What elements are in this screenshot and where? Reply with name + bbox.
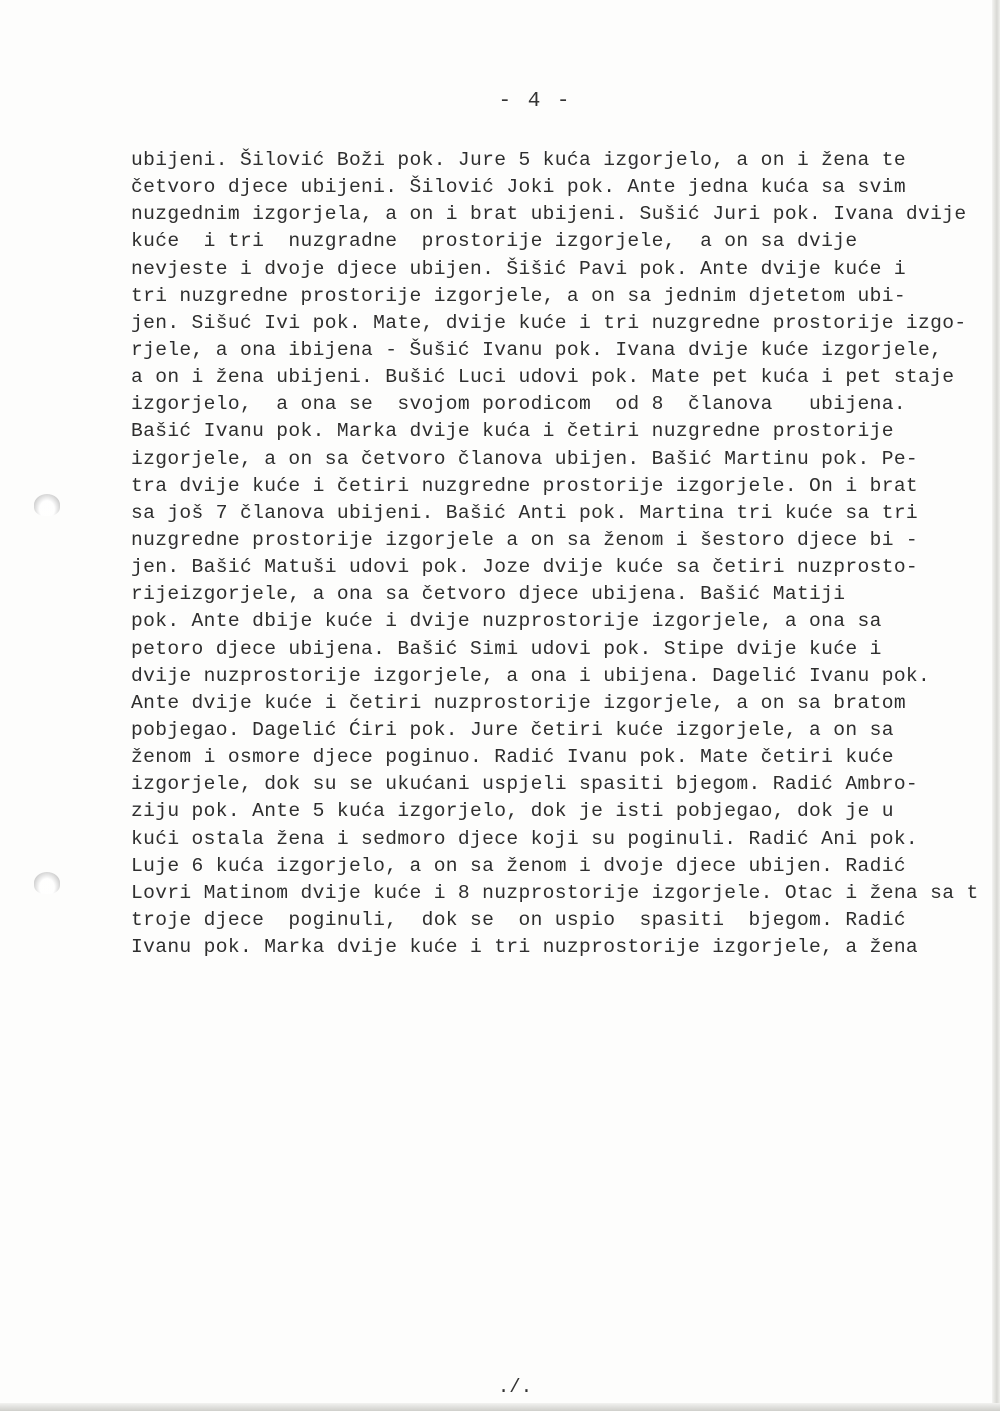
text-line: petoro djece ubijena. Bašić Simi udovi p… [131, 636, 1000, 663]
text-line: jen. Bašić Matuši udovi pok. Joze dvije … [131, 554, 1000, 581]
text-line: tra dvije kuće i četiri nuzgredne prosto… [131, 473, 1000, 500]
text-line: ubijeni. Šilović Boži pok. Jure 5 kuća i… [131, 147, 1000, 174]
text-line: a on i žena ubijeni. Bušić Luci udovi po… [131, 364, 1000, 391]
continuation-mark: ./. [0, 1376, 1000, 1398]
text-line: Bašić Ivanu pok. Marka dvije kuća i četi… [131, 418, 1000, 445]
text-line: četvoro djece ubijeni. Šilović Joki pok.… [131, 174, 1000, 201]
text-line: izgorjelo, a ona se svojom porodicom od … [131, 391, 1000, 418]
text-line: rjele, a ona ibijena - Šušić Ivanu pok. … [131, 337, 1000, 364]
text-line: ženom i osmore djece poginuo. Radić Ivan… [131, 744, 1000, 771]
text-line: izgorjele, a on sa četvoro članova ubije… [131, 446, 1000, 473]
paper-bottom-edge [0, 1403, 1000, 1411]
text-line: Ivanu pok. Marka dvije kuće i tri nuzpro… [131, 934, 1000, 961]
text-line: pobjegao. Dagelić Ćiri pok. Jure četiri … [131, 717, 1000, 744]
text-line: pok. Ante dbije kuće i dvije nuzprostori… [131, 608, 1000, 635]
text-line: nuzgednim izgorjela, a on i brat ubijeni… [131, 201, 1000, 228]
text-line: nuzgredne prostorije izgorjele a on sa ž… [131, 527, 1000, 554]
page-number: - 4 - [0, 90, 1000, 113]
text-line: tri nuzgredne prostorije izgorjele, a on… [131, 283, 1000, 310]
paper-right-edge [992, 0, 1000, 1411]
text-line: jen. Sišuć Ivi pok. Mate, dvije kuće i t… [131, 310, 1000, 337]
body-text: ubijeni. Šilović Boži pok. Jure 5 kuća i… [131, 147, 1000, 961]
text-line: rijeizgorjele, a ona sa četvoro djece ub… [131, 581, 1000, 608]
text-line: ziju pok. Ante 5 kuća izgorjelo, dok je … [131, 798, 1000, 825]
punch-hole-lower [34, 872, 60, 894]
text-line: troje djece poginuli, dok se on uspio sp… [131, 907, 1000, 934]
text-line: sa još 7 članova ubijeni. Bašić Anti pok… [131, 500, 1000, 527]
document-page: - 4 - ubijeni. Šilović Boži pok. Jure 5 … [0, 0, 1000, 1411]
text-line: Lovri Matinom dvije kuće i 8 nuzprostori… [131, 880, 1000, 907]
text-line: kuće i tri nuzgradne prostorije izgorjel… [131, 228, 1000, 255]
text-line: Luje 6 kuća izgorjelo, a on sa ženom i d… [131, 853, 1000, 880]
text-line: Ante dvije kuće i četiri nuzprostorije i… [131, 690, 1000, 717]
punch-hole-upper [34, 494, 60, 516]
text-line: nevjeste i dvoje djece ubijen. Šišić Pav… [131, 256, 1000, 283]
text-line: izgorjele, dok su se ukućani uspjeli spa… [131, 771, 1000, 798]
text-line: kući ostala žena i sedmoro djece koji su… [131, 826, 1000, 853]
text-line: dvije nuzprostorije izgorjele, a ona i u… [131, 663, 1000, 690]
